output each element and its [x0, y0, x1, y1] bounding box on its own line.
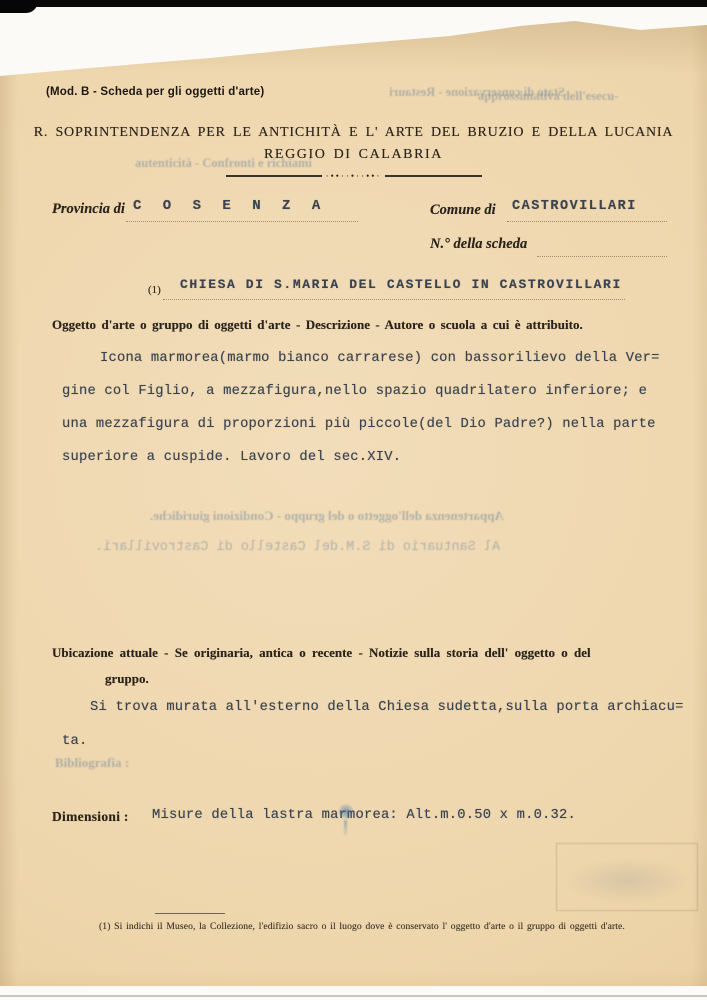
divider-dots: ·••··•··••· — [322, 172, 386, 180]
bleedthrough-appartenenza-label: Appartenenza dell'oggetto o del gruppo -… — [150, 508, 504, 524]
descrizione-section-label: Oggetto d'arte o gruppo di oggetti d'art… — [52, 317, 583, 333]
footnote-reference-mark: (1) — [148, 284, 161, 296]
office-city: REGGIO DI CALABRIA — [0, 147, 707, 163]
provincia-value: C O S E N Z A — [133, 198, 327, 214]
provincia-fill-line — [126, 221, 358, 222]
divider-line-right — [385, 175, 481, 176]
bleedthrough-bibliografia-label: Bibliografia : — [55, 755, 129, 771]
ubicazione-section-label-continued: gruppo. — [105, 671, 149, 687]
comune-fill-line — [507, 221, 667, 222]
ubicazione-line: ta. — [62, 734, 87, 749]
scan-edge-bottom — [0, 995, 707, 997]
ubicazione-line: Si trova murata all'esterno della Chiesa… — [90, 700, 684, 715]
ubicazione-section-label: Ubicazione attuale - Se originaria, anti… — [52, 645, 591, 661]
bleedthrough-santuario-value: Al Santuario di S.M.del Castello di Cast… — [95, 540, 500, 555]
scheda-number-fill-line — [537, 256, 667, 257]
description-line: gine col Figlio, a mezzafigura,nello spa… — [62, 384, 647, 399]
scheda-number-label: N.° della scheda — [430, 236, 527, 253]
object-title-fill-line — [163, 299, 625, 300]
divider-ornament: ·••··•··••· — [226, 172, 482, 180]
provincia-label: Provincia di — [52, 201, 125, 218]
office-title: R. SOPRINTENDENZA PER LE ANTICHITÀ E L' … — [0, 125, 707, 141]
dimensioni-label: Dimensioni : — [52, 809, 129, 825]
scan-edge-blob — [0, 0, 38, 13]
ink-smudge — [338, 804, 354, 819]
description-line: superiore a cuspide. Lavoro del sec.XIV. — [62, 450, 401, 465]
dimensioni-value: Misure della lastra marmorea: Alt.m.0.50… — [152, 808, 576, 823]
description-line: una mezzafigura di proporzioni più picco… — [62, 417, 656, 432]
scanned-catalog-card: Stato di conservazione - Restauri appros… — [0, 0, 707, 1000]
footnote-rule — [155, 913, 225, 914]
object-title: CHIESA DI S.MARIA DEL CASTELLO IN CASTRO… — [180, 277, 622, 292]
bleedthrough-stamp-box — [556, 843, 698, 911]
ink-drip — [344, 820, 347, 836]
footnote-text: (1) Si indichi il Museo, la Collezione, … — [99, 921, 625, 932]
divider-line-left — [226, 175, 322, 176]
comune-value: CASTROVILLARI — [512, 199, 637, 214]
form-model-note: (Mod. B - Scheda per gli oggetti d'arte) — [46, 86, 264, 98]
comune-label: Comune di — [430, 202, 496, 219]
scan-edge-top — [0, 0, 707, 7]
bleedthrough-approssimativa: approssimativa dell'esecu- — [478, 89, 618, 104]
description-line: Icona marmorea(marmo bianco carrarese) c… — [100, 351, 660, 366]
